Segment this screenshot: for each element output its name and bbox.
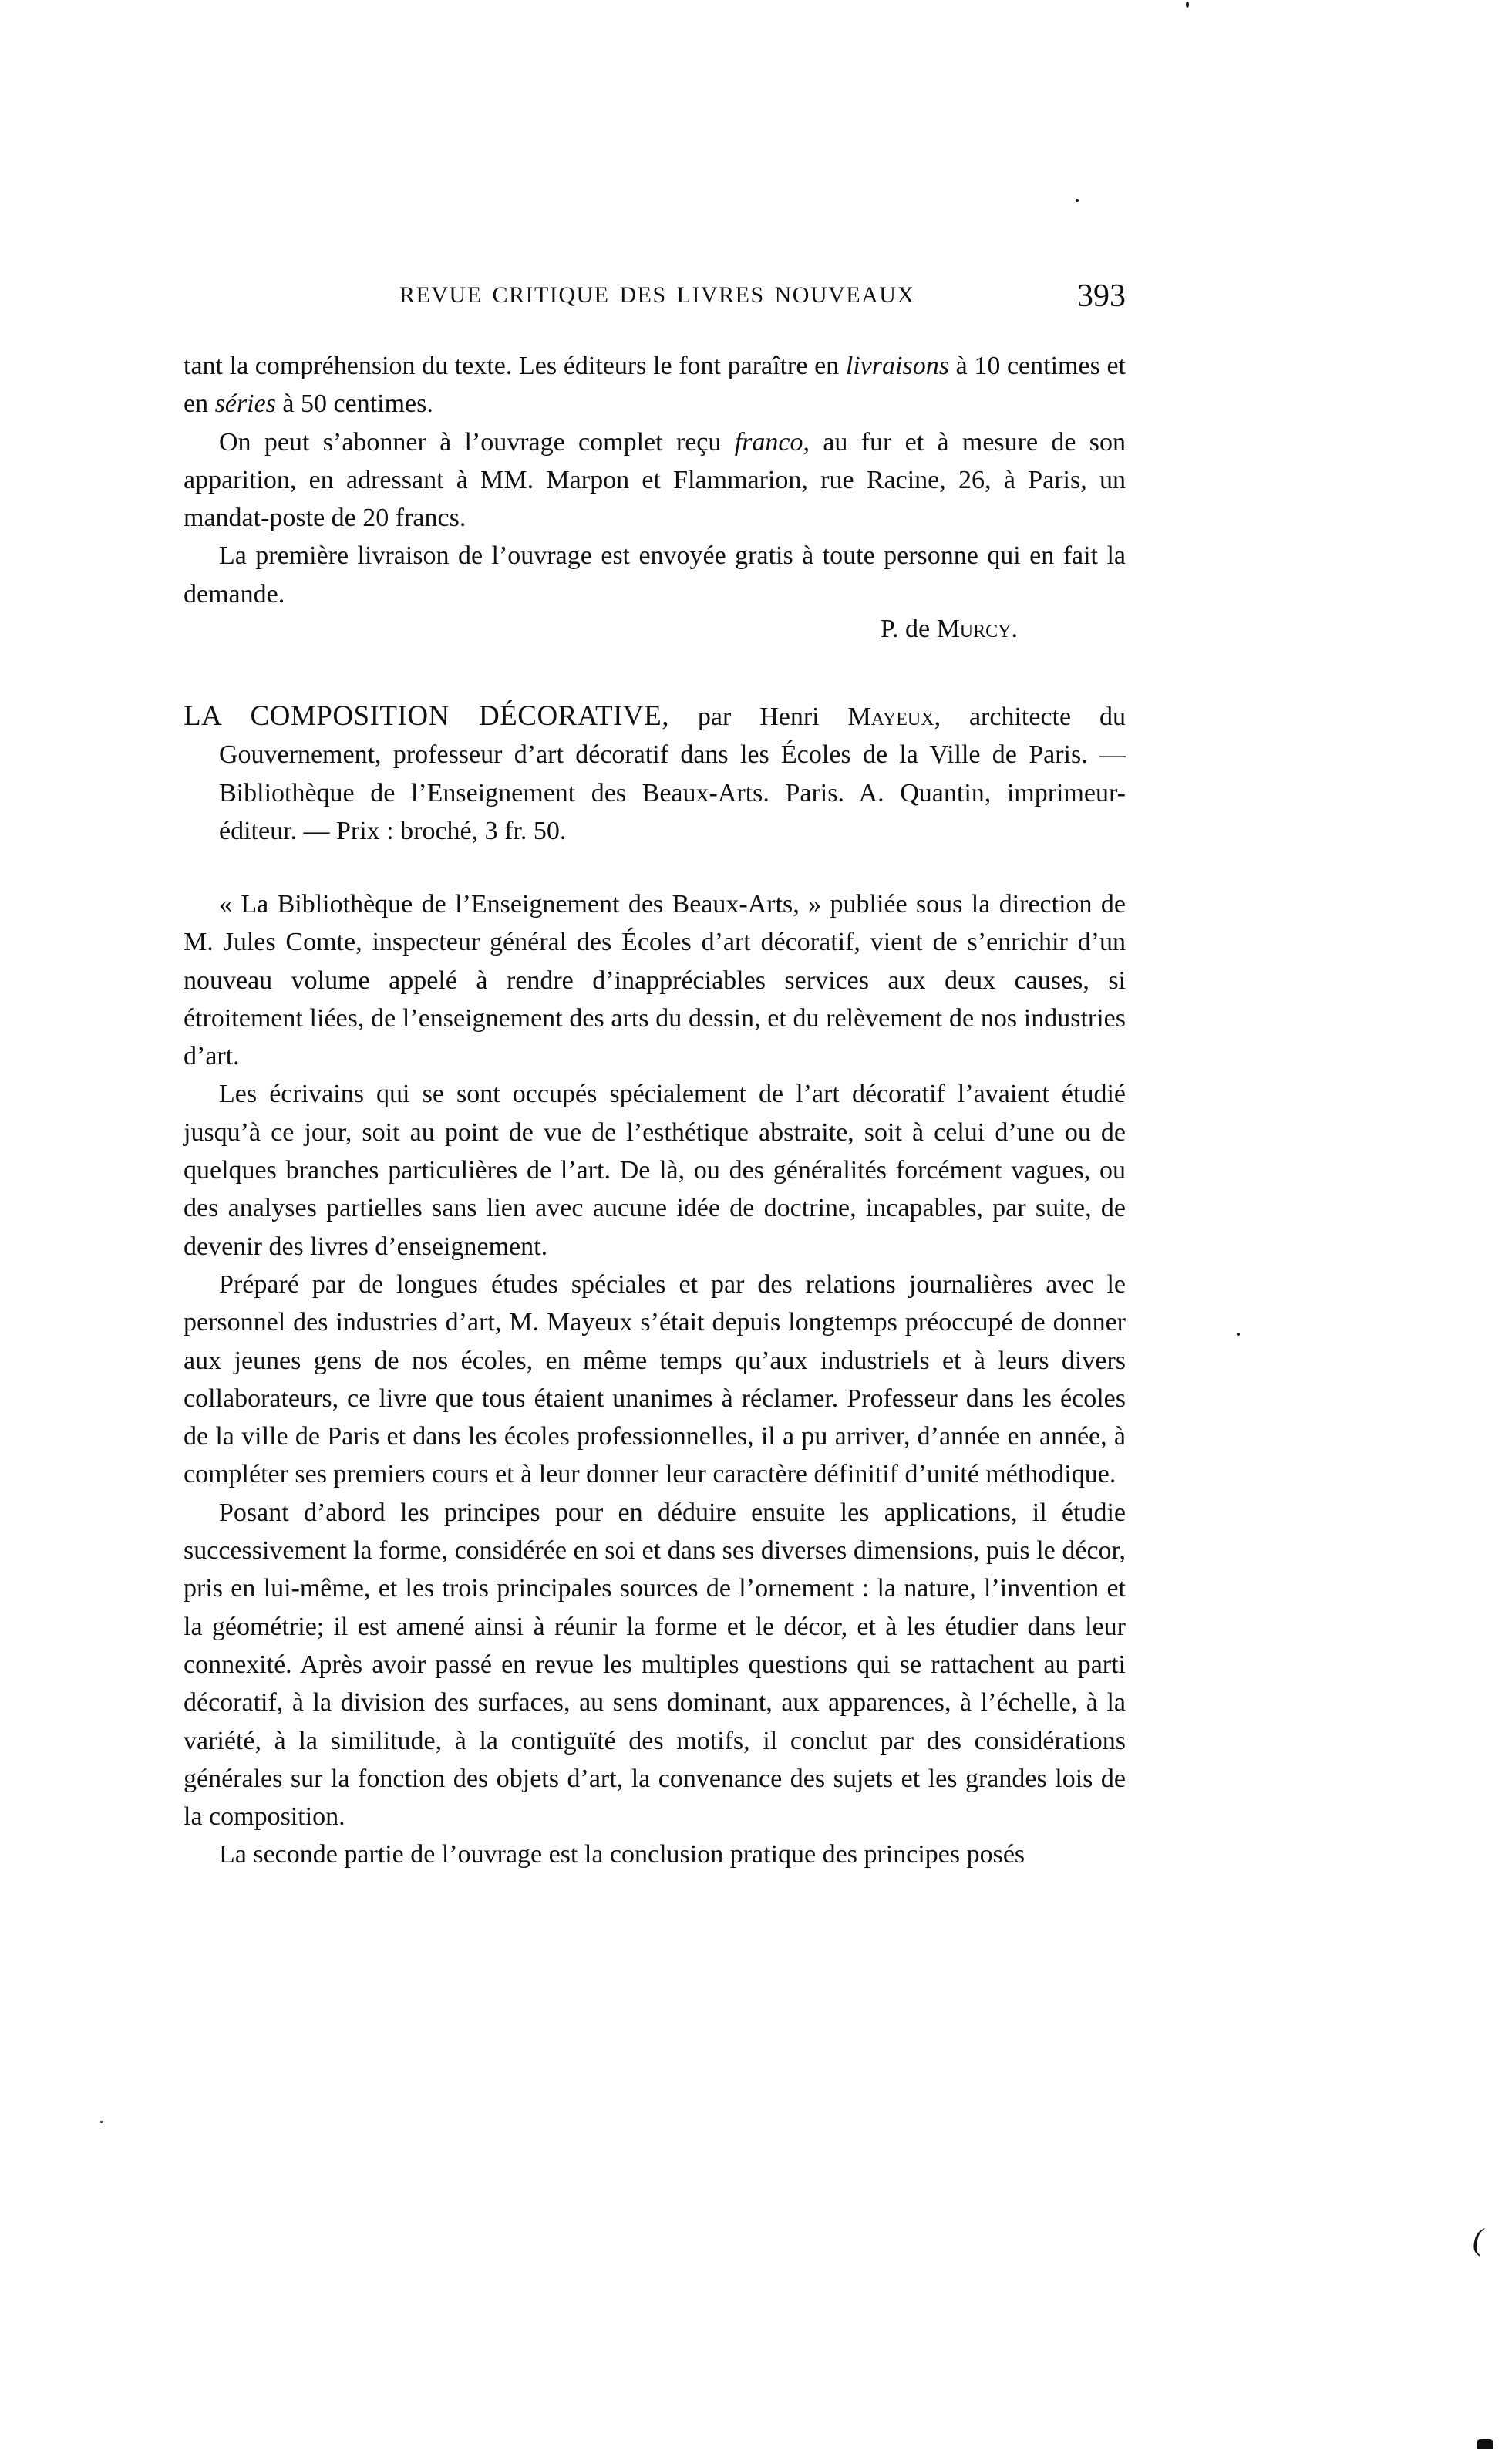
paragraph: On peut s’abonner à l’ouvrage complet re… [184, 423, 1126, 538]
running-title: REVUE CRITIQUE DES LIVRES NOUVEAUX [399, 282, 915, 308]
paragraph: Posant d’abord les principes pour en déd… [184, 1494, 1126, 1836]
previous-review-end: tant la compréhension du texte. Les édit… [184, 347, 1126, 648]
signature-name: Murcy. [937, 615, 1018, 643]
paragraph: tant la compréhension du texte. Les édit… [184, 347, 1126, 423]
scan-speck [1237, 1333, 1240, 1336]
paragraph: Préparé par de longues études spéciales … [184, 1266, 1126, 1494]
book-entry-heading: LA COMPOSITION DÉCORATIVE, par Henri May… [184, 697, 1126, 850]
paragraph: La seconde partie de l’ouvrage est la co… [184, 1835, 1126, 1873]
paragraph: Les écrivains qui se sont occupés spécia… [184, 1075, 1126, 1265]
ink-blot [1477, 2439, 1493, 2449]
scanned-page: REVUE CRITIQUE DES LIVRES NOUVEAUX 393 t… [0, 0, 1512, 2454]
paragraph: La première livraison de l’ouvrage est e… [184, 537, 1126, 613]
scan-speck [1076, 199, 1079, 202]
page-number: 393 [1077, 278, 1126, 315]
paragraph: « La Bibliothèque de l’Enseignement des … [184, 885, 1126, 1075]
scan-speck [1186, 2, 1189, 8]
review-body: « La Bibliothèque de l’Enseignement des … [184, 885, 1126, 1874]
author-name: Mayeux [848, 703, 934, 731]
italic-term: franco [735, 428, 803, 457]
signature: P. de Murcy. [184, 610, 1126, 648]
scan-speck [100, 2121, 103, 2123]
italic-term: livraisons [846, 352, 949, 380]
margin-mark: ( [1473, 2221, 1483, 2257]
italic-term: séries [215, 389, 276, 418]
book-title: LA COMPOSITION DÉCORATIVE, [184, 700, 669, 732]
running-head: REVUE CRITIQUE DES LIVRES NOUVEAUX 393 [184, 282, 1126, 318]
